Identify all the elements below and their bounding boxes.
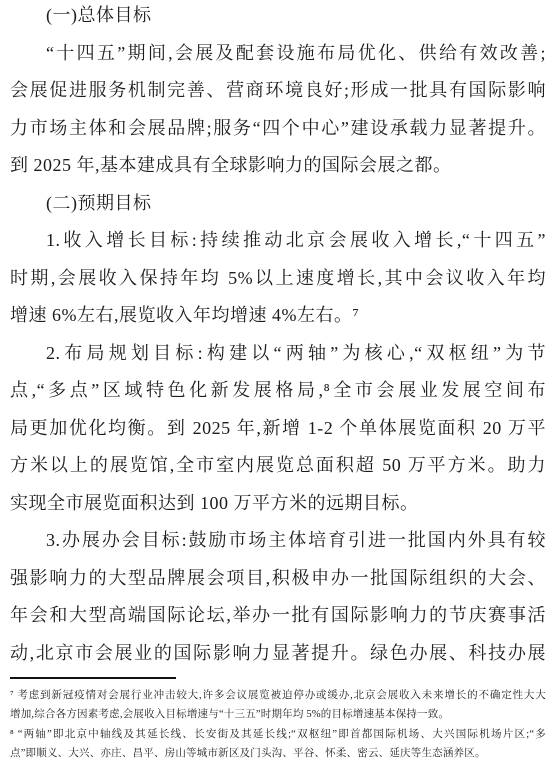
body-text-line: 增速 6%左右,展览收入年均增速 4%左右。⁷ [10,297,546,335]
footnote-text-line: 点”即顺义、大兴、亦庄、昌平、房山等城市新区及门头沟、平谷、怀柔、密云、延庆等生… [10,744,546,758]
footnote-separator [10,677,176,679]
body-text-line: 方米以上的展览馆,全市室内展览总面积超 50 万平方米。助力 [10,447,546,485]
body-text-line: (二)预期目标 [10,185,546,223]
body-text-line: 实现全市展览面积达到 100 万平方米的远期目标。 [10,485,546,523]
body-text-line: 2.布局规划目标:构建以“两轴”为核心,“双枢纽”为节 [10,335,546,373]
body-text-line: 年会和大型高端国际论坛,举办一批有国际影响力的节庆赛事活 [10,597,546,635]
body-text-line: 点,“多点”区域特色化新发展格局,⁸全市会展业发展空间布 [10,372,546,410]
body-text-line: 1.收入增长目标:持续推动北京会展收入增长,“十四五” [10,222,546,260]
body-text-line: 强影响力的大型品牌展会项目,积极申办一批国际组织的大会、 [10,560,546,598]
body-text-line: “十四五”期间,会展及配套设施布局优化、供给有效改善; [10,35,546,73]
body-text-line: (一)总体目标 [10,0,546,35]
body-text-line: 动,北京市会展业的国际影响力显著提升。绿色办展、科技办展 [10,635,546,673]
body-text-line: 时期,会展收入保持年均 5%以上速度增长,其中会议收入年均 [10,260,546,298]
body-text-line: 到 2025 年,基本建成具有全球影响力的国际会展之都。 [10,147,546,185]
footnote-text-line: ⁷ 考虑到新冠疫情对会展行业冲击较大,许多会议展览被迫停办或缓办,北京会展收入未… [10,686,546,705]
document-page: (一)总体目标“十四五”期间,会展及配套设施布局优化、供给有效改善;会展促进服务… [0,0,556,758]
footnote-text-line: 增加,综合各方因素考虑,会展收入目标增速与“十三五”时期年均 5%的目标增速基本… [10,705,546,724]
body-text-line: 力市场主体和会展品牌;服务“四个中心”建设承载力显著提升。 [10,110,546,148]
body-text-line: 会展促进服务机制完善、营商环境良好;形成一批具有国际影响 [10,72,546,110]
footnotes-section: ⁷ 考虑到新冠疫情对会展行业冲击较大,许多会议展览被迫停办或缓办,北京会展收入未… [10,686,546,758]
footnote-text-line: ⁸ “两轴”即北京中轴线及其延长线、长安街及其延长线;“双枢纽”即首都国际机场、… [10,725,546,744]
body-text-line: 3.办展办会目标:鼓励市场主体培育引进一批国内外具有较 [10,522,546,560]
document-body: (一)总体目标“十四五”期间,会展及配套设施布局优化、供给有效改善;会展促进服务… [10,0,546,672]
body-text-line: 局更加优化均衡。到 2025 年,新增 1-2 个单体展览面积 20 万平 [10,410,546,448]
